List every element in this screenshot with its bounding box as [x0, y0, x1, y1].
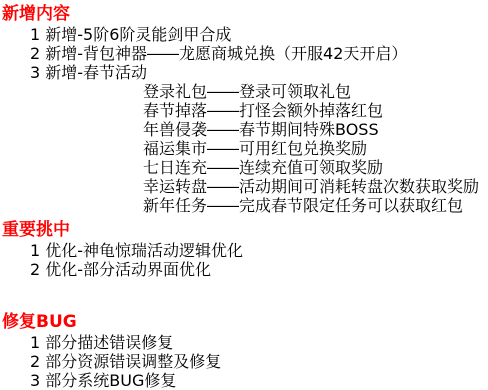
list-item: 2 优化-部分活动界面优化 [0, 260, 488, 279]
section-heading-bugfix: 修复BUG [0, 312, 488, 333]
sub-list-item: 幸运转盘――活动期间可消耗转盘次数获取奖励 [0, 177, 488, 196]
list-item: 2 部分资源错误调整及修复 [0, 352, 488, 371]
list-item: 1 优化-神龟惊瑞活动逻辑优化 [0, 241, 488, 260]
sub-list-item: 福运集市――可用红包兑换奖励 [0, 139, 488, 158]
list-item: 3 新增-春节活动 [0, 63, 488, 82]
list-item: 3 部分系统BUG修复 [0, 371, 488, 390]
section-heading-new-content: 新增内容 [0, 4, 488, 25]
section-important: 重要挑中 1 优化-神龟惊瑞活动逻辑优化 2 优化-部分活动界面优化 [0, 220, 488, 279]
section-bugfix: 修复BUG 1 部分描述错误修复 2 部分资源错误调整及修复 3 部分系统BUG… [0, 312, 488, 390]
sub-list-item: 新年任务――完成春节限定任务可以获取红包 [0, 196, 488, 215]
list-item: 1 新增-5阶6阶灵能剑甲合成 [0, 25, 488, 44]
section-heading-important: 重要挑中 [0, 220, 488, 241]
sub-list-item: 年兽侵袭――春节期间特殊BOSS [0, 120, 488, 139]
section-new-content: 新增内容 1 新增-5阶6阶灵能剑甲合成 2 新增-背包神器――龙愿商城兑换（开… [0, 4, 488, 215]
sub-list-item: 登录礼包――登录可领取礼包 [0, 82, 488, 101]
sub-list-item: 七日连充――连续充值可领取奖励 [0, 158, 488, 177]
patch-notes-document: 新增内容 1 新增-5阶6阶灵能剑甲合成 2 新增-背包神器――龙愿商城兑换（开… [0, 0, 488, 390]
sub-list-item: 春节掉落――打怪会额外掉落红包 [0, 101, 488, 120]
list-item: 2 新增-背包神器――龙愿商城兑换（开服42天开启） [0, 44, 488, 63]
list-item: 1 部分描述错误修复 [0, 333, 488, 352]
